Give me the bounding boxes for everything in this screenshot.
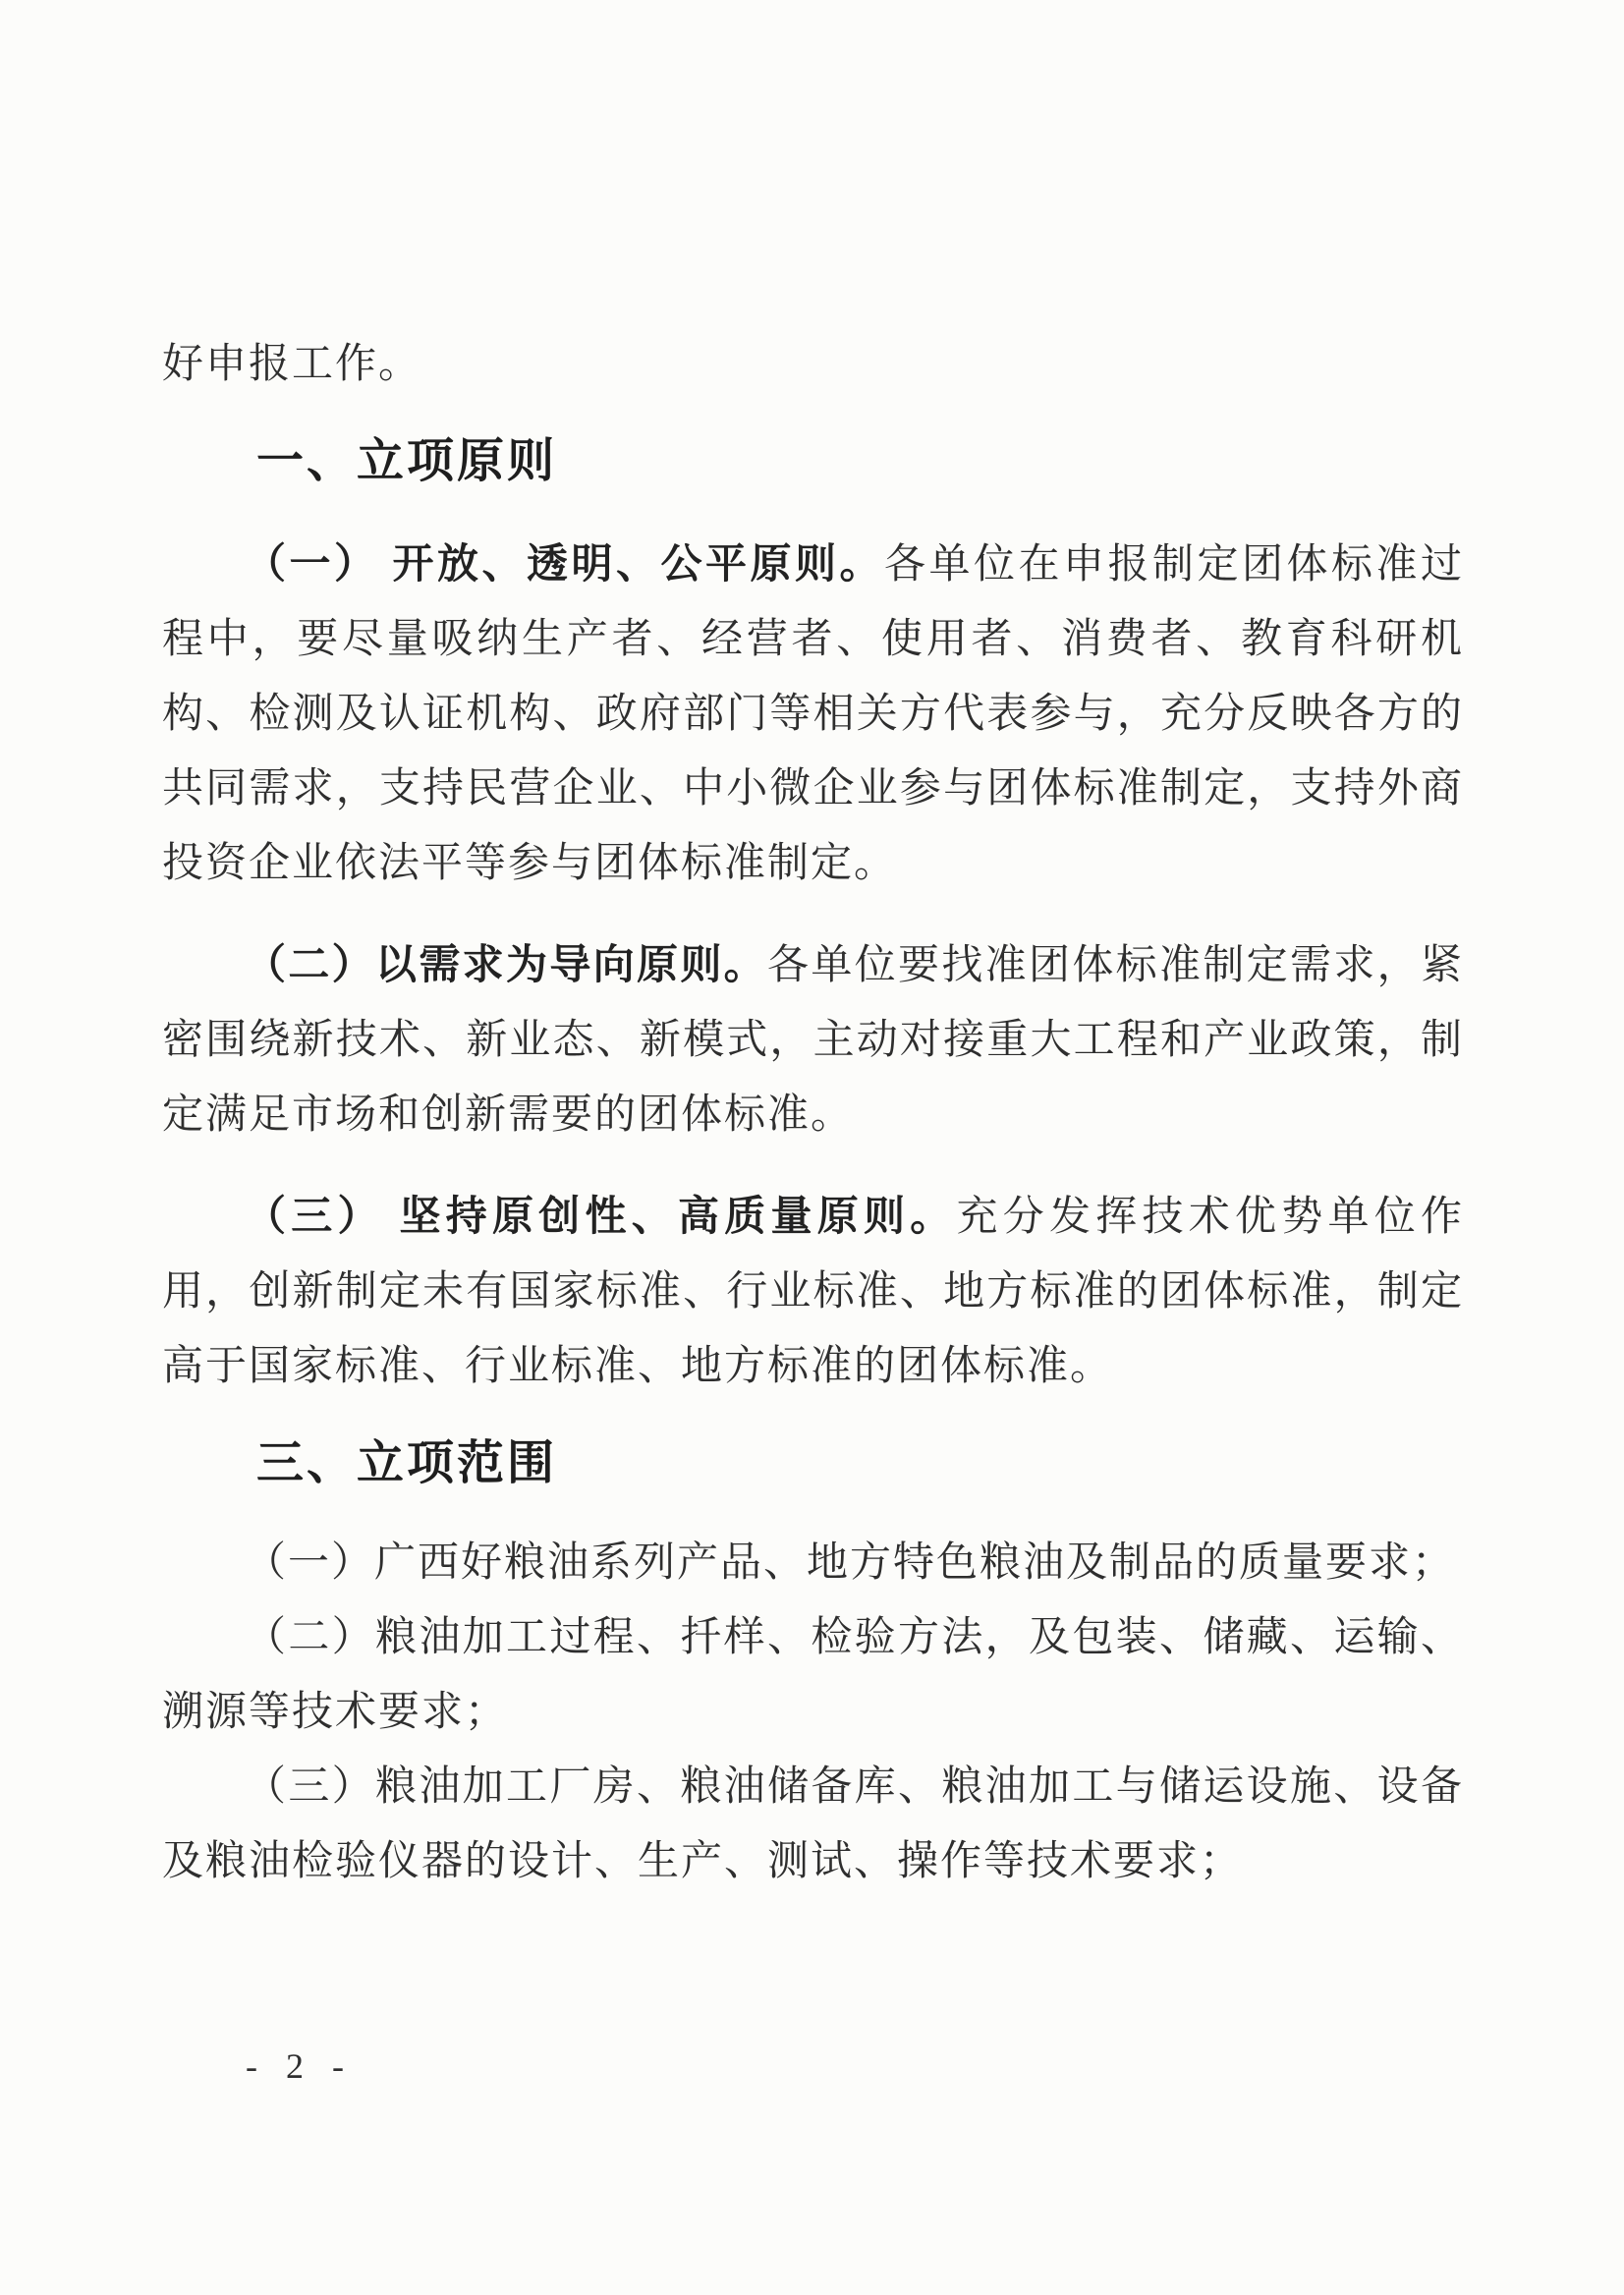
principle-paragraph-1: （一） 开放、透明、公平原则。各单位在申报制定团体标准过程中，要尽量吸纳生产者、… bbox=[162, 528, 1464, 901]
scope-item-1: （一）广西好粮油系列产品、地方特色粮油及制品的质量要求； bbox=[162, 1526, 1464, 1600]
intro-continuation-text: 好申报工作。 bbox=[162, 327, 1464, 402]
document-page: 好申报工作。 一、立项原则 （一） 开放、透明、公平原则。各单位在申报制定团体标… bbox=[0, 0, 1624, 2295]
section-heading-project-principles: 一、立项原则 bbox=[162, 421, 1464, 500]
principle-paragraph-3: （三） 坚持原创性、高质量原则。充分发挥技术优势单位作用，创新制定未有国家标准、… bbox=[162, 1180, 1464, 1404]
principle-3-lead: （三） 坚持原创性、高质量原则。 bbox=[245, 1195, 956, 1240]
principle-paragraph-2: （二）以需求为导向原则。各单位要找准团体标准制定需求，紧密围绕新技术、新业态、新… bbox=[162, 928, 1464, 1152]
principle-1-lead: （一） 开放、透明、公平原则。 bbox=[245, 542, 884, 588]
scope-item-3: （三）粮油加工厂房、粮油储备库、粮油加工与储运设施、设备及粮油检验仪器的设计、生… bbox=[162, 1750, 1464, 1899]
page-number: - 2 - bbox=[246, 2045, 354, 2087]
section-heading-project-scope: 三、立项范围 bbox=[162, 1424, 1464, 1502]
principle-2-lead: （二）以需求为导向原则。 bbox=[245, 943, 767, 988]
principle-1-body: 各单位在申报制定团体标准过程中，要尽量吸纳生产者、经营者、使用者、消费者、教育科… bbox=[162, 542, 1464, 886]
scope-item-2: （二）粮油加工过程、扦样、检验方法，及包装、储藏、运输、溯源等技术要求； bbox=[162, 1600, 1464, 1750]
